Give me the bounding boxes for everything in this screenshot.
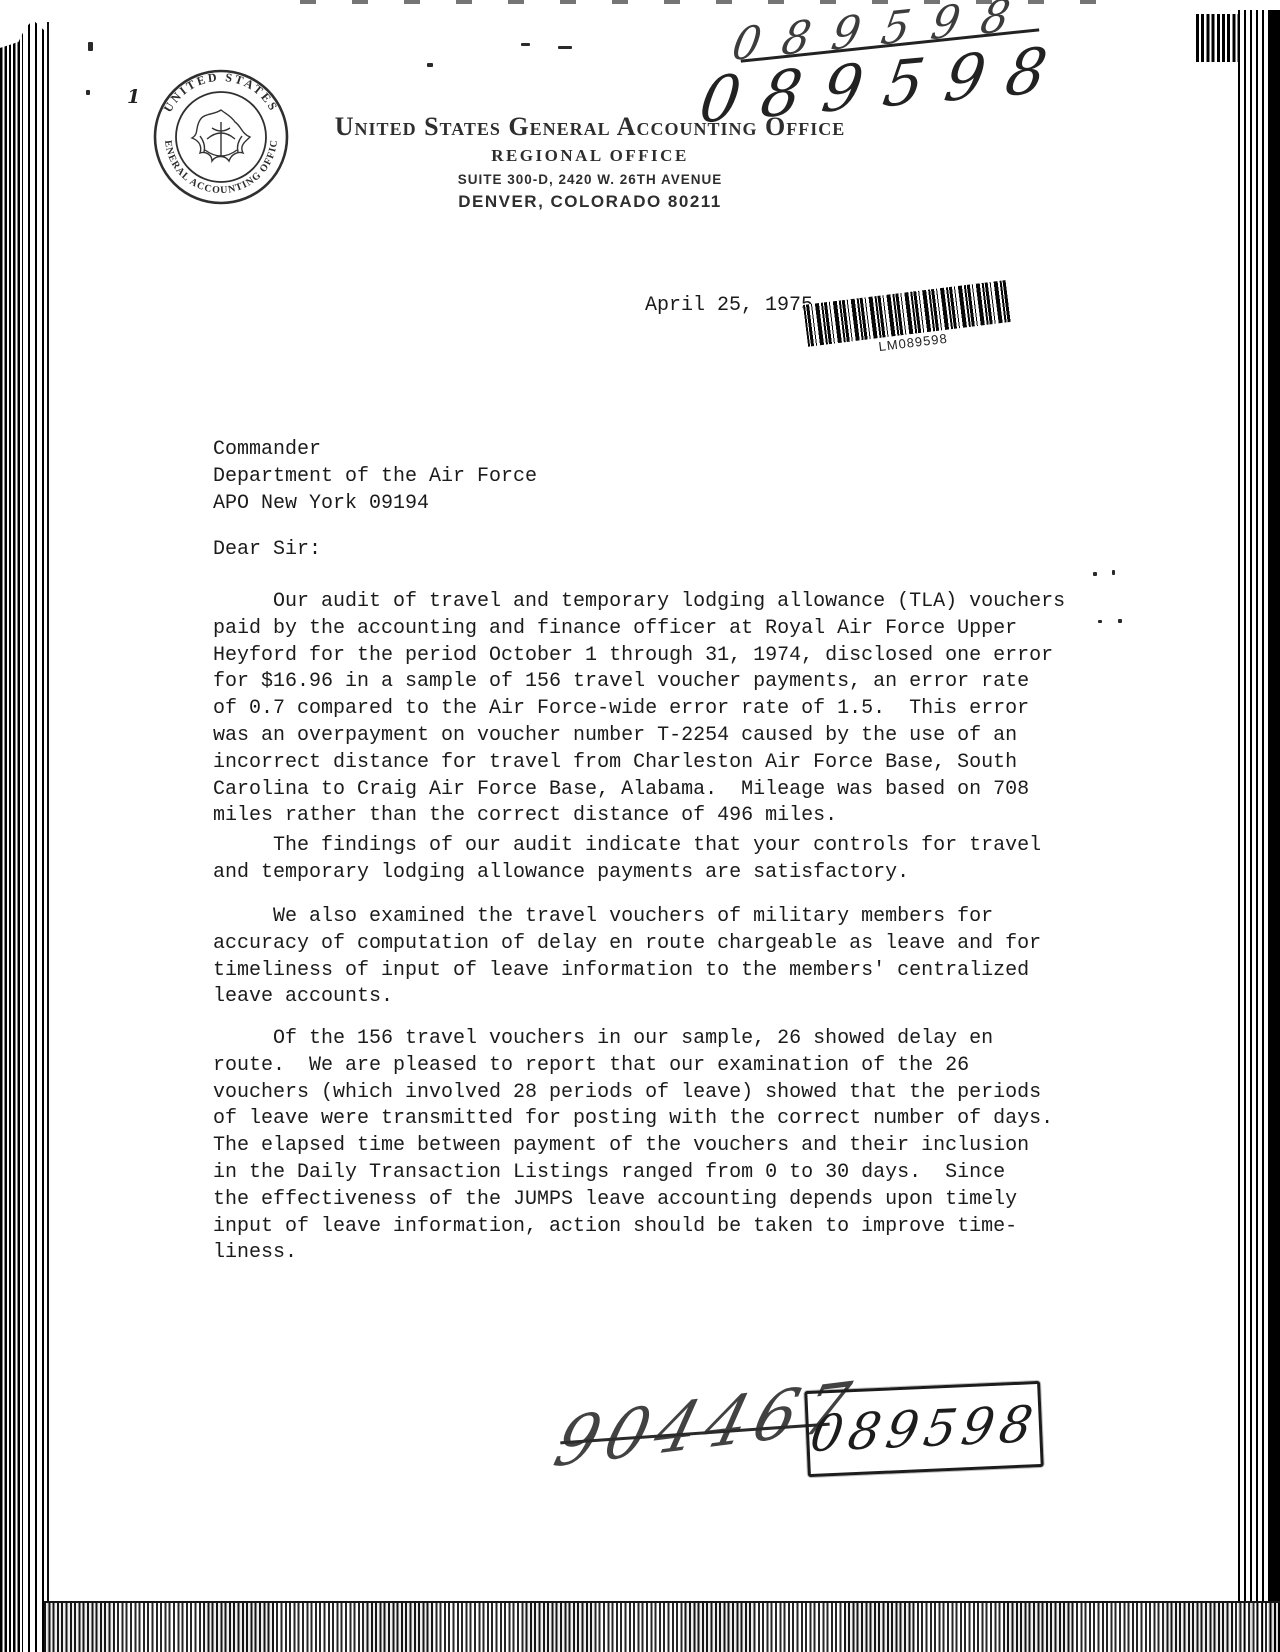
scan-artifact-page-edge [47,22,49,1652]
scan-speck [1098,620,1102,623]
office-name: REGIONAL OFFICE [0,146,1230,166]
scan-artifact-right-band [1238,10,1280,1652]
scan-speck [86,90,90,95]
recipient-address: Commander Department of the Air Force AP… [213,437,537,517]
barcode: LM089598 [803,279,1019,366]
body-paragraph-4: Of the 156 travel vouchers in our sample… [213,1026,1053,1267]
scanned-letter-page: UNITED STATES GENERAL ACCOUNTING OFFICE … [0,0,1280,1652]
body-paragraph-3: We also examined the travel vouchers of … [213,904,1041,1011]
body-paragraph-1: Our audit of travel and temporary lodgin… [213,589,1065,830]
scan-artifact-bottom-band [44,1601,1280,1652]
office-address: SUITE 300-D, 2420 W. 26TH AVENUE [0,172,1230,187]
corner-pen-mark: 1 [127,86,140,108]
agency-name: United States General Accounting Office [0,112,1230,142]
office-city-line: DENVER, COLORADO 80211 [0,192,1230,212]
scan-speck [521,43,530,46]
scan-speck [427,63,433,67]
letter-date: April 25, 1975 [645,293,813,320]
scan-artifact-left-band [0,16,46,1652]
scan-speck [1118,619,1122,623]
scan-artifact-corner-patch [1196,14,1240,62]
scan-speck [1112,570,1115,575]
handdrawn-number-box: 089598 [804,1381,1044,1477]
scan-speck [1093,572,1097,576]
body-paragraph-2: The findings of our audit indicate that … [213,833,1041,887]
scan-speck [88,42,93,51]
scan-speck [558,46,572,49]
salutation: Dear Sir: [213,537,321,564]
boxed-control-number: 089598 [806,1395,1042,1463]
